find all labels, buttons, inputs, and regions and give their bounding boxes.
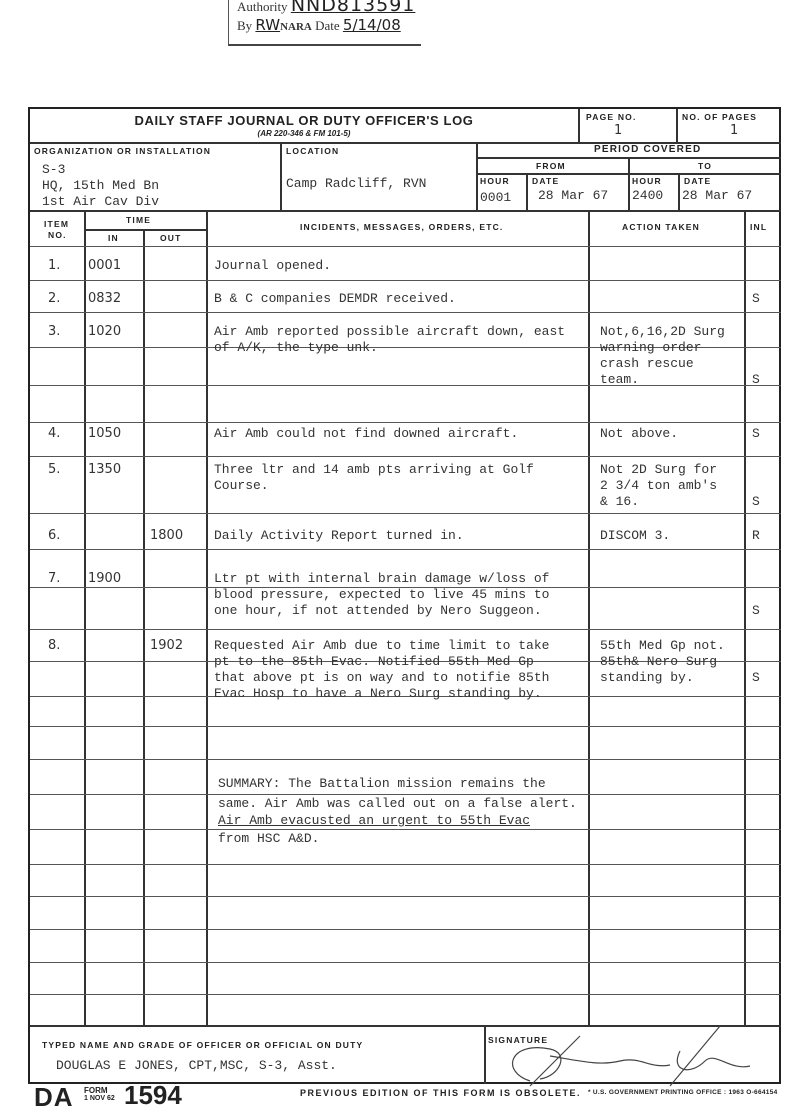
incident-text: Course. (214, 478, 269, 494)
incident-text: Evac Hosp to have a Nero Surg standing b… (214, 686, 542, 702)
duty-log-form: DAILY STAFF JOURNAL OR DUTY OFFICER'S LO… (28, 107, 781, 1084)
organization-line-3: 1st Air Cav Div (42, 194, 159, 210)
time-in: 0832 (88, 291, 121, 306)
to-hour: 2400 (632, 188, 663, 204)
inl-mark: S (752, 603, 760, 619)
authority-value: NND813591 (291, 0, 416, 16)
item-header: ITEM (44, 219, 69, 229)
declassification-stamp: Authority NND813591 By RWNARA Date 5/14/… (228, 0, 421, 46)
summary-line-1: SUMMARY: The Battalion mission remains t… (218, 776, 546, 792)
inl-mark: S (752, 291, 760, 307)
item-number: 2. (48, 291, 60, 306)
printing-office: * U.S. GOVERNMENT PRINTING OFFICE : 1963… (588, 1089, 778, 1096)
officer-label: TYPED NAME AND GRADE OF OFFICER OR OFFIC… (42, 1040, 363, 1050)
by-initials: RW (255, 16, 280, 34)
form-number: 1594 (124, 1080, 182, 1111)
action-taken: warning order (600, 340, 701, 356)
summary-line-2: same. Air Amb was called out on a false … (218, 796, 577, 812)
incident-text: one hour, if not attended by Nero Suggeo… (214, 603, 542, 619)
time-in: 1020 (88, 324, 121, 339)
item-number: 5. (48, 462, 60, 477)
action-taken: Not,6,16,2D Surg (600, 324, 725, 340)
to-label: TO (698, 161, 712, 171)
form-title: DAILY STAFF JOURNAL OR DUTY OFFICER'S LO… (30, 113, 578, 128)
from-date-label: DATE (532, 176, 559, 186)
time-in: 1900 (88, 571, 121, 586)
signature-scribble (490, 1021, 780, 1091)
to-date-label: DATE (684, 176, 711, 186)
incidents-header: INCIDENTS, MESSAGES, ORDERS, ETC. (300, 222, 503, 232)
organization-line-1: S-3 (42, 162, 65, 178)
incident-text: pt to the 85th Evac. Notified 55th Med G… (214, 654, 534, 670)
incident-text: Three ltr and 14 amb pts arriving at Gol… (214, 462, 534, 478)
agency: NARA (280, 21, 312, 33)
from-label: FROM (536, 161, 566, 171)
action-taken: 85th& Nero Surg (600, 654, 717, 670)
from-date: 28 Mar 67 (538, 188, 608, 204)
incident-text: B & C companies DEMDR received. (214, 291, 456, 307)
action-taken: Not above. (600, 426, 678, 442)
action-taken: & 16. (600, 494, 639, 510)
incident-text: that above pt is on way and to notifie 8… (214, 670, 549, 686)
form-subtitle: (AR 220-346 & FM 101-5) (30, 129, 578, 138)
no-of-pages: 1 (730, 123, 738, 138)
no-of-pages-label: NO. OF PAGES (682, 112, 757, 122)
incident-text: Air Amb could not find downed aircraft. (214, 426, 518, 442)
form-word-text: FORM (84, 1087, 115, 1095)
period-covered-label: PERIOD COVERED (594, 144, 701, 155)
incident-text: Ltr pt with internal brain damage w/loss… (214, 571, 549, 587)
summary-line-3: Air Amb evacusted an urgent to 55th Evac (218, 813, 530, 829)
inl-mark: S (752, 494, 760, 510)
action-taken: standing by. (600, 670, 694, 686)
action-taken: team. (600, 372, 639, 388)
action-taken: DISCOM 3. (600, 528, 670, 544)
inl-mark: R (752, 528, 760, 544)
incident-text: Requested Air Amb due to time limit to t… (214, 638, 549, 654)
inl-mark: S (752, 670, 760, 686)
item-number: 4. (48, 426, 60, 441)
form-prefix: DA (34, 1082, 74, 1113)
no-header: NO. (48, 230, 67, 240)
in-header: IN (108, 233, 119, 243)
form-date: 1 NOV 62 (84, 1095, 115, 1103)
page-no: 1 (614, 123, 622, 138)
location-value: Camp Radcliff, RVN (286, 176, 426, 192)
location-label: LOCATION (286, 146, 339, 156)
summary-line-4: from HSC A&D. (218, 831, 319, 847)
item-number: 6. (48, 528, 60, 543)
incident-text: Daily Activity Report turned in. (214, 528, 464, 544)
item-number: 7. (48, 571, 60, 586)
time-in: 0001 (88, 258, 121, 273)
organization-line-2: HQ, 15th Med Bn (42, 178, 159, 194)
to-hour-label: HOUR (632, 176, 662, 186)
page-no-label: PAGE NO. (586, 112, 637, 122)
time-out: 1800 (150, 528, 183, 543)
obsolete-notice: PREVIOUS EDITION OF THIS FORM IS OBSOLET… (300, 1088, 581, 1098)
from-hour: 0001 (480, 190, 511, 206)
inl-header: INL (750, 222, 767, 232)
action-taken: 2 3/4 ton amb's (600, 478, 717, 494)
action-header: ACTION TAKEN (622, 222, 700, 232)
incident-text: Journal opened. (214, 258, 331, 274)
item-number: 8. (48, 638, 60, 653)
incident-text: blood pressure, expected to live 45 mins… (214, 587, 549, 603)
incident-text: Air Amb reported possible aircraft down,… (214, 324, 565, 340)
form-word: FORM 1 NOV 62 (84, 1087, 115, 1103)
action-taken: Not 2D Surg for (600, 462, 717, 478)
out-header: OUT (160, 233, 182, 243)
by-label: By (237, 18, 252, 33)
by-line: By RWNARA Date 5/14/08 (237, 16, 401, 34)
item-number: 1. (48, 258, 60, 273)
to-date: 28 Mar 67 (682, 188, 752, 204)
officer-name: DOUGLAS E JONES, CPT,MSC, S-3, Asst. (56, 1058, 337, 1074)
from-hour-label: HOUR (480, 176, 510, 186)
incident-text: of A/K, the type unk. (214, 340, 378, 356)
date-label: Date (315, 18, 340, 33)
date-value: 5/14/08 (343, 16, 401, 34)
time-header: TIME (126, 215, 151, 225)
item-number: 3. (48, 324, 60, 339)
authority-label: Authority (237, 0, 288, 14)
time-out: 1902 (150, 638, 183, 653)
inl-mark: S (752, 426, 760, 442)
time-in: 1350 (88, 462, 121, 477)
organization-label: ORGANIZATION OR INSTALLATION (34, 146, 211, 156)
action-taken: 55th Med Gp not. (600, 638, 725, 654)
authority-line: Authority NND813591 (237, 0, 415, 16)
inl-mark: S (752, 372, 760, 388)
time-in: 1050 (88, 426, 121, 441)
action-taken: crash rescue (600, 356, 694, 372)
